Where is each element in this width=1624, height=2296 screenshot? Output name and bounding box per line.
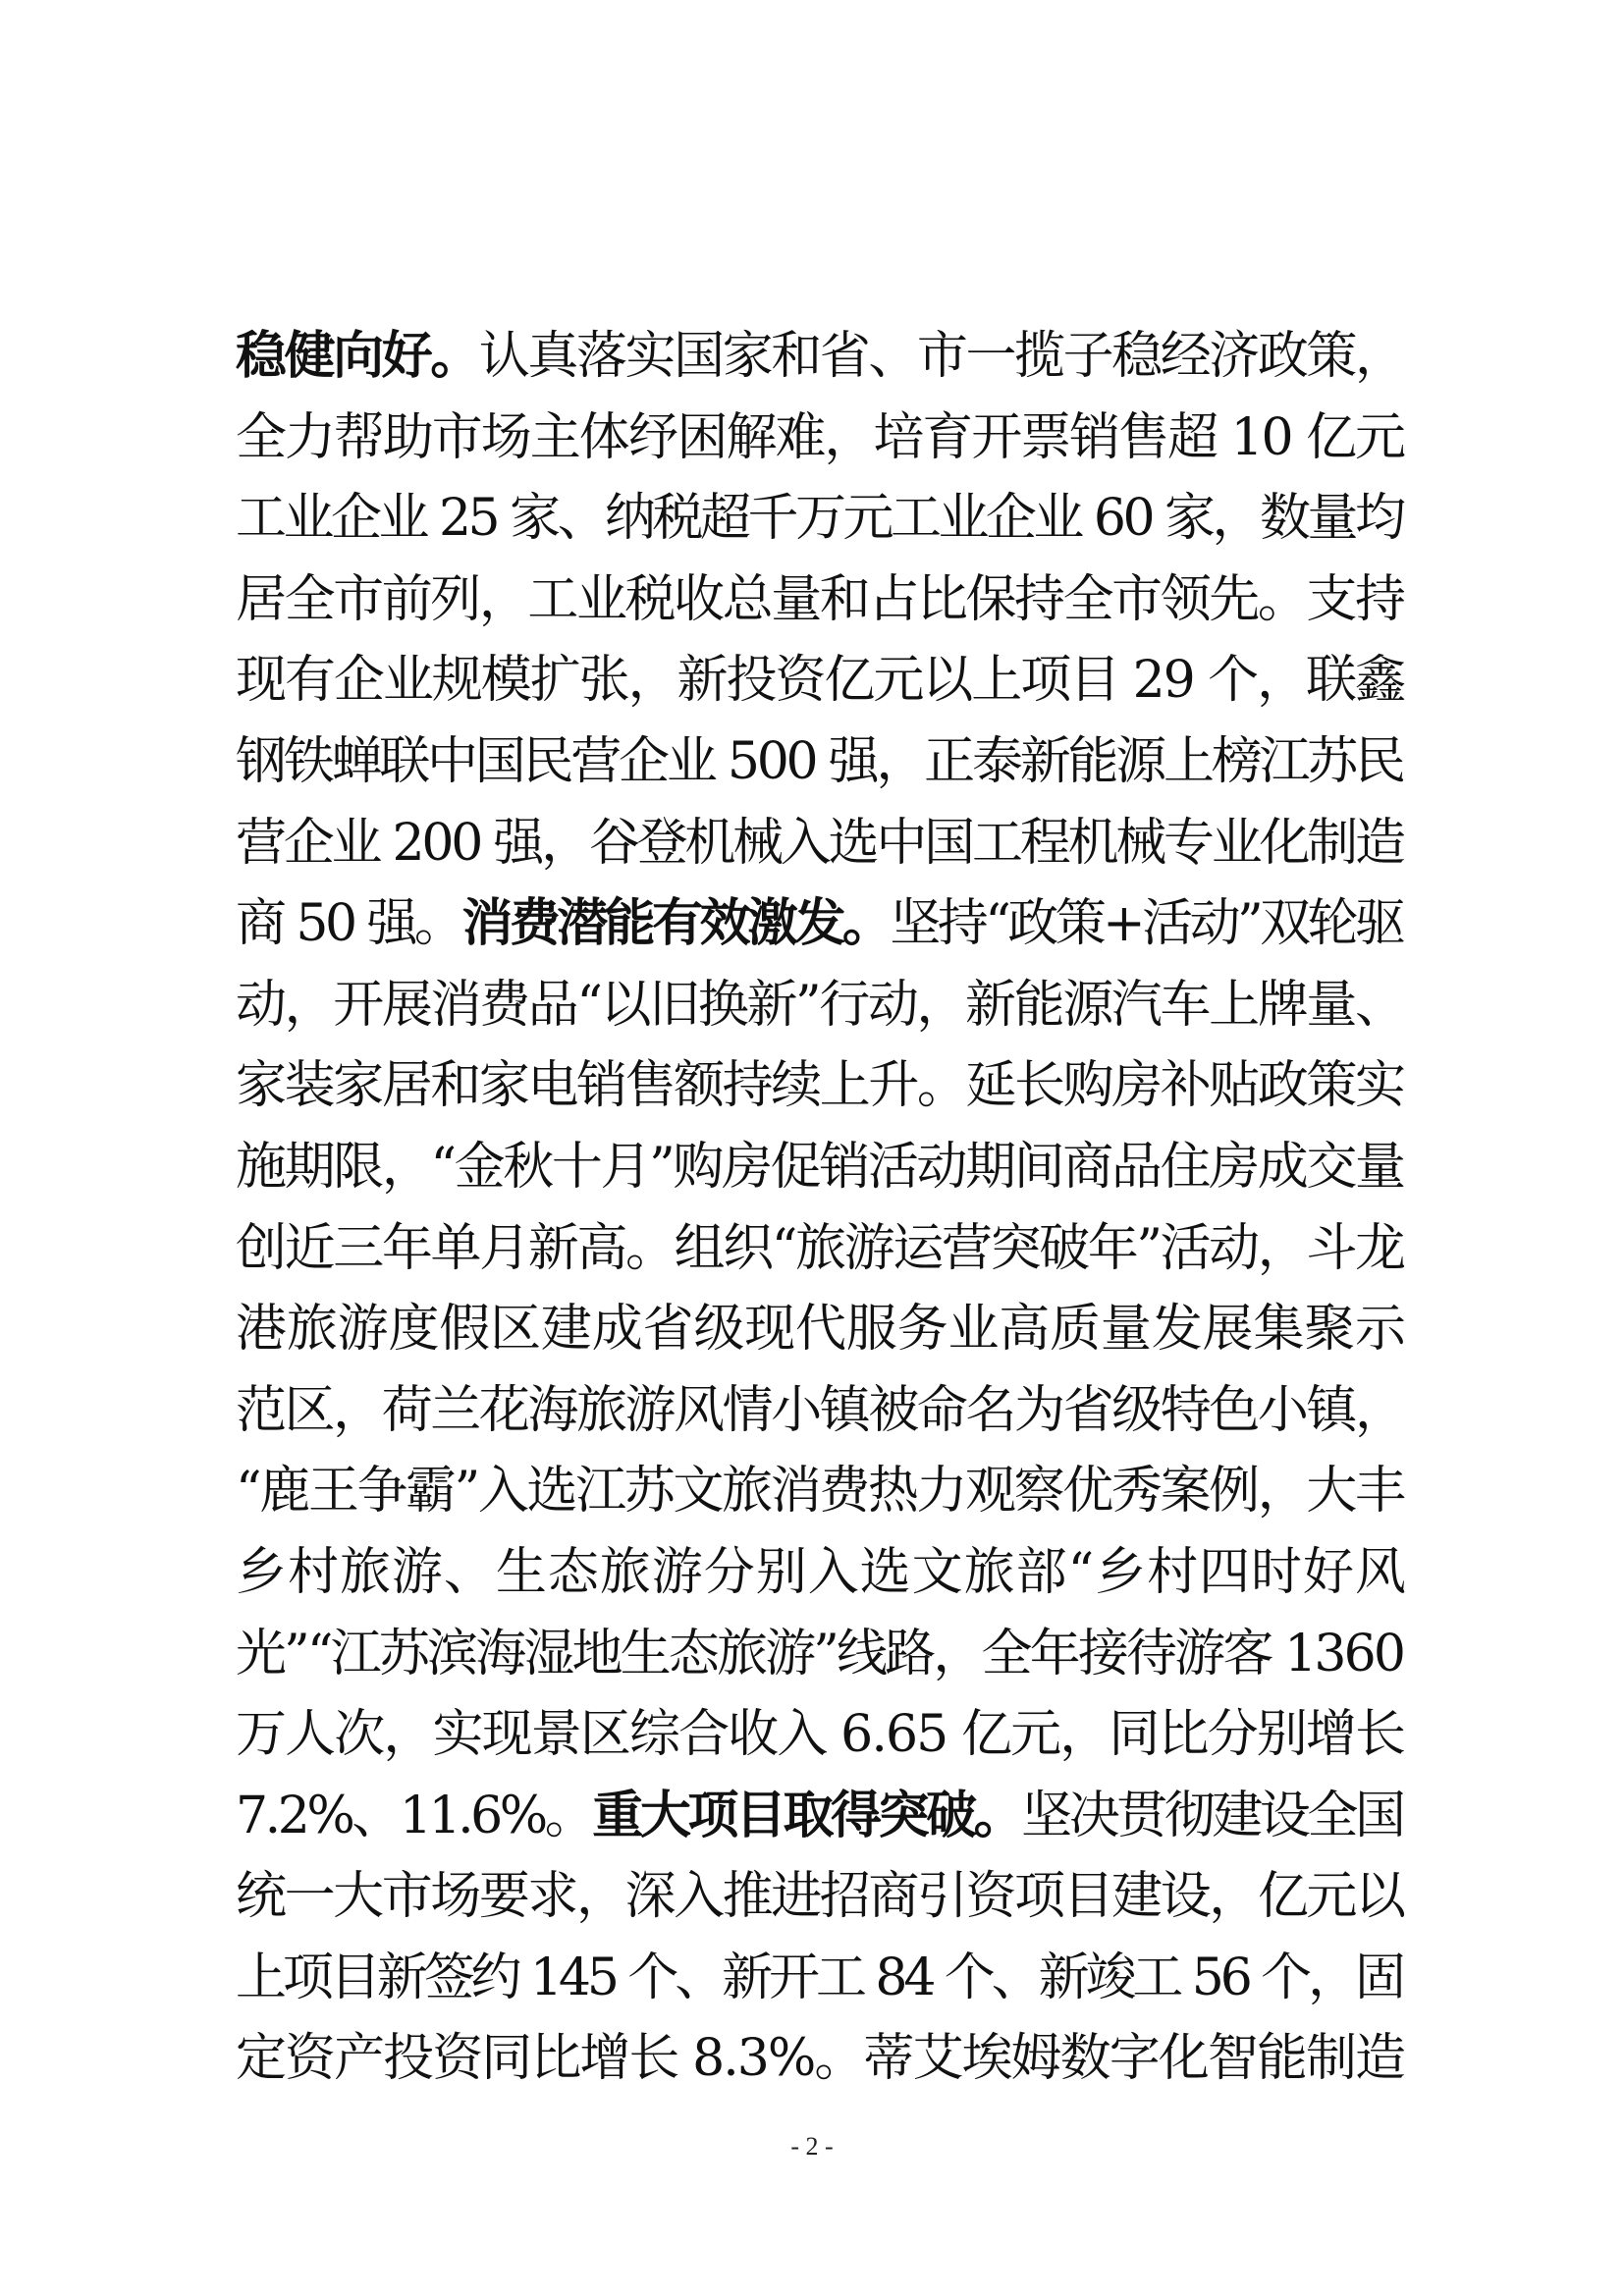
text-line: 施期限，“金秋十月”购房促销活动期间商品住房成交量 — [236, 1127, 1406, 1208]
text-segment: 钢铁蝉联中国民营企业 500 强，正泰新能源上榜江苏民 — [236, 732, 1403, 791]
section-heading-inline: 重大项目取得突破。 — [592, 1787, 1021, 1845]
text-line: 动，开展消费品“以旧换新”行动，新能源汽车上牌量、 — [236, 965, 1406, 1046]
text-line: 7.2%、11.6%。重大项目取得突破。坚决贯彻建设全国 — [236, 1776, 1406, 1857]
text-segment: 施期限，“金秋十月”购房促销活动期间商品住房成交量 — [236, 1138, 1404, 1197]
text-segment: 光”“江苏滨海湿地生态旅游”线路，全年接待游客 1360 — [236, 1625, 1403, 1683]
text-line: 统一大市场要求，深入推进招商引资项目建设，亿元以 — [236, 1856, 1406, 1938]
text-line: “鹿王争霸”入选江苏文旅消费热力观察优秀案例，大丰 — [236, 1451, 1406, 1532]
text-segment: 7.2%、11.6%。 — [236, 1787, 592, 1845]
text-line: 营企业 200 强，谷登机械入选中国工程机械专业化制造 — [236, 803, 1406, 884]
text-segment: 动，开展消费品“以旧换新”行动，新能源汽车上牌量、 — [236, 976, 1404, 1035]
text-line: 居全市前列，工业税收总量和占比保持全市领先。支持 — [236, 560, 1406, 641]
text-segment: 上项目新签约 145 个、新开工 84 个、新竣工 56 个，固 — [236, 1949, 1402, 2007]
text-line: 范区，荷兰花海旅游风情小镇被命名为省级特色小镇， — [236, 1370, 1406, 1452]
text-segment: 工业企业 25 家、纳税超千万元工业企业 60 家，数量均 — [236, 489, 1402, 548]
text-line: 定资产投资同比增长 8.3%。蒂艾埃姆数字化智能制造 — [236, 2018, 1406, 2100]
text-segment: 创近三年单月新高。组织“旅游运营突破年”活动，斗龙 — [236, 1219, 1404, 1278]
page-number: - 2 - — [0, 2132, 1624, 2162]
text-segment: 乡村旅游、生态旅游分别入选文旅部“乡村四时好风 — [236, 1543, 1407, 1602]
text-segment: 万人次，实现景区综合收入 6.65 亿元，同比分别增长 — [236, 1705, 1404, 1764]
section-heading-inline: 消费潜能有效激发。 — [461, 894, 890, 953]
text-segment: 居全市前列，工业税收总量和占比保持全市领先。支持 — [236, 570, 1404, 629]
body-paragraph: 稳健向好。认真落实国家和省、市一揽子稳经济政策，全力帮助市场主体纾困解难，培育开… — [236, 316, 1406, 2100]
text-line: 全力帮助市场主体纾困解难，培育开票销售超 10 亿元 — [236, 398, 1406, 479]
text-line: 商 50 强。消费潜能有效激发。坚持“政策+活动”双轮驱 — [236, 883, 1406, 965]
section-heading-inline: 稳健向好。 — [236, 327, 479, 386]
text-line: 工业企业 25 家、纳税超千万元工业企业 60 家，数量均 — [236, 478, 1406, 560]
text-line: 稳健向好。认真落实国家和省、市一揽子稳经济政策， — [236, 316, 1406, 398]
text-line: 创近三年单月新高。组织“旅游运营突破年”活动，斗龙 — [236, 1208, 1406, 1290]
text-line: 家装家居和家电销售额持续上升。延长购房补贴政策实 — [236, 1045, 1406, 1127]
text-line: 钢铁蝉联中国民营企业 500 强，正泰新能源上榜江苏民 — [236, 721, 1406, 803]
text-segment: 定资产投资同比增长 8.3%。蒂艾埃姆数字化智能制造 — [236, 2029, 1404, 2088]
text-line: 现有企业规模扩张，新投资亿元以上项目 29 个，联鑫 — [236, 640, 1406, 721]
text-segment: 现有企业规模扩张，新投资亿元以上项目 29 个，联鑫 — [236, 651, 1404, 710]
text-line: 港旅游度假区建成省级现代服务业高质量发展集聚示 — [236, 1289, 1406, 1370]
text-segment: 港旅游度假区建成省级现代服务业高质量发展集聚示 — [236, 1300, 1406, 1359]
text-segment: 统一大市场要求，深入推进招商引资项目建设，亿元以 — [236, 1867, 1404, 1926]
text-line: 万人次，实现景区综合收入 6.65 亿元，同比分别增长 — [236, 1694, 1406, 1776]
text-segment: “鹿王争霸”入选江苏文旅消费热力观察优秀案例，大丰 — [236, 1462, 1404, 1521]
text-segment: 认真落实国家和省、市一揽子稳经济政策， — [479, 327, 1404, 386]
text-line: 光”“江苏滨海湿地生态旅游”线路，全年接待游客 1360 — [236, 1614, 1406, 1695]
document-page: 稳健向好。认真落实国家和省、市一揽子稳经济政策，全力帮助市场主体纾困解难，培育开… — [0, 0, 1624, 2296]
text-segment: 全力帮助市场主体纾困解难，培育开票销售超 10 亿元 — [236, 408, 1404, 467]
text-line: 上项目新签约 145 个、新开工 84 个、新竣工 56 个，固 — [236, 1938, 1406, 2019]
text-segment: 坚持“政策+活动”双轮驱 — [890, 894, 1402, 953]
text-segment: 营企业 200 强，谷登机械入选中国工程机械专业化制造 — [236, 814, 1403, 873]
text-segment: 坚决贯彻建设全国 — [1021, 1787, 1402, 1845]
text-segment: 商 50 强。 — [236, 894, 461, 953]
text-line: 乡村旅游、生态旅游分别入选文旅部“乡村四时好风 — [236, 1532, 1406, 1614]
text-segment: 范区，荷兰花海旅游风情小镇被命名为省级特色小镇， — [236, 1381, 1404, 1440]
text-segment: 家装家居和家电销售额持续上升。延长购房补贴政策实 — [236, 1056, 1404, 1115]
